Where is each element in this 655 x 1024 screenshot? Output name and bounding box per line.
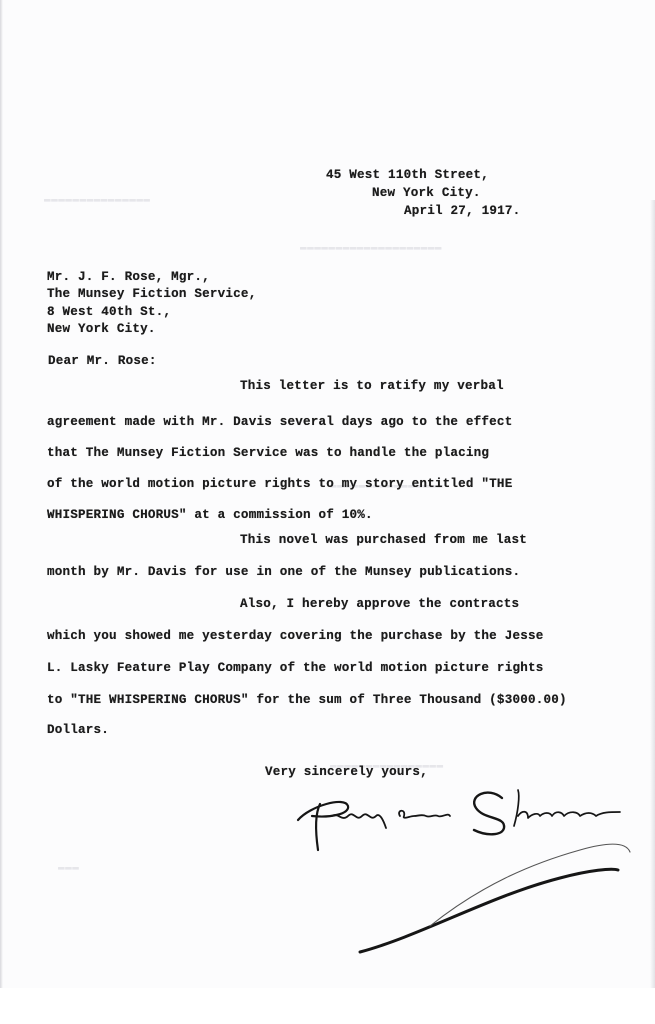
- recipient-name: Mr. J. F. Rose, Mgr.,: [47, 269, 210, 287]
- letter-date: April 27, 1917.: [404, 204, 520, 218]
- recipient-organization: The Munsey Fiction Service,: [47, 286, 256, 304]
- page-edge-right: [650, 200, 655, 988]
- body-line: This letter is to ratify my verbal: [240, 379, 504, 393]
- body-line: month by Mr. Davis for use in one of the…: [47, 565, 520, 579]
- bleed-through-mark: ▬▬▬▬▬▬▬▬▬▬▬▬▬▬▬: [44, 194, 151, 206]
- recipient-street: 8 West 40th St.,: [47, 304, 171, 322]
- body-line: that The Munsey Fiction Service was to h…: [47, 446, 489, 460]
- recipient-city: New York City.: [47, 321, 156, 339]
- body-line: of the world motion picture rights to my…: [47, 477, 512, 491]
- letter-page: ▬▬▬▬▬▬▬▬▬▬▬▬▬▬▬ ▬▬▬▬▬▬▬▬▬▬▬▬▬▬▬▬▬▬▬▬ ▬▬▬…: [0, 0, 655, 1024]
- body-line: which you showed me yesterday covering t…: [47, 629, 543, 643]
- body-line: L. Lasky Feature Play Company of the wor…: [47, 661, 543, 675]
- sender-city: New York City.: [372, 186, 481, 200]
- salutation: Dear Mr. Rose:: [48, 354, 157, 368]
- signature-icon: [290, 776, 635, 966]
- bleed-through-mark: ▬▬▬: [58, 862, 79, 874]
- body-line: to "THE WHISPERING CHORUS" for the sum o…: [47, 693, 567, 707]
- body-line: This novel was purchased from me last: [240, 533, 527, 547]
- body-line: WHISPERING CHORUS" at a commission of 10…: [47, 508, 373, 522]
- sender-address: 45 West 110th Street,: [326, 168, 489, 182]
- body-line: agreement made with Mr. Davis several da…: [47, 415, 512, 429]
- body-line: Also, I hereby approve the contracts: [240, 597, 519, 611]
- body-line: Dollars.: [47, 723, 109, 737]
- bleed-through-mark: ▬▬▬▬▬▬▬▬▬▬▬▬▬▬▬▬▬▬▬▬: [300, 242, 442, 254]
- page-edge-left: [0, 0, 3, 988]
